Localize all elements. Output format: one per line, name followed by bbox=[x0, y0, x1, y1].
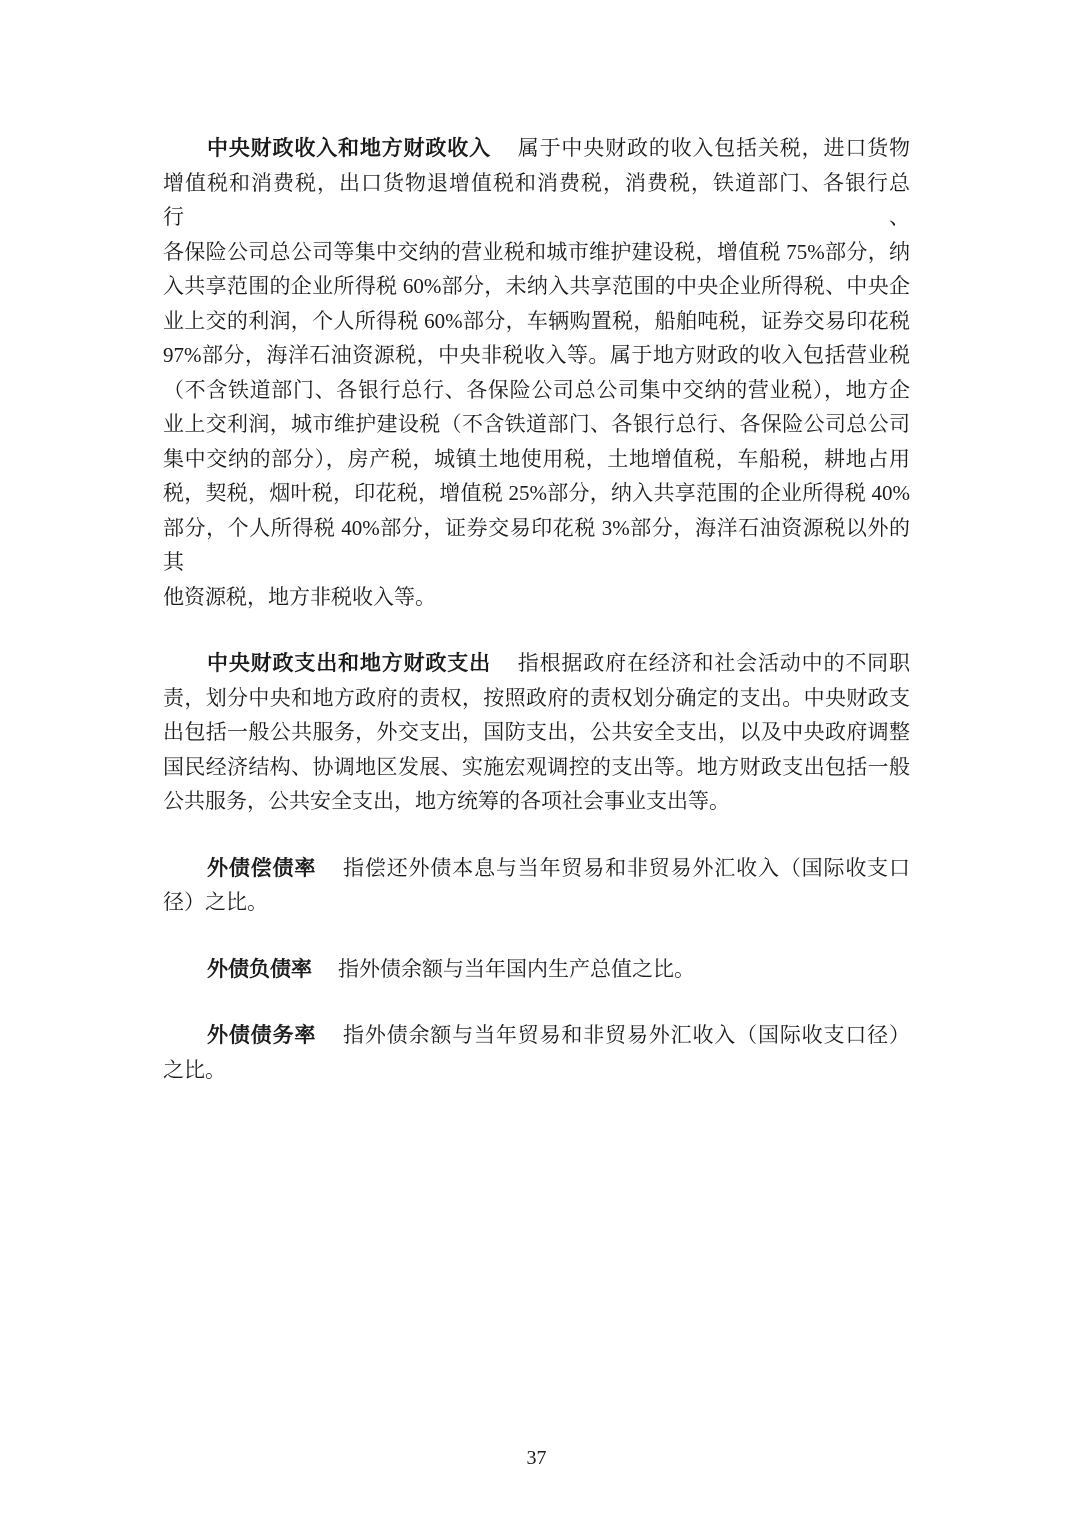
glossary-entry: 外债负债率指外债余额与当年国内生产总值之比。 bbox=[163, 952, 910, 987]
glossary-entry: 中央财政支出和地方财政支出指根据政府在经济和社会活动中的不同职 责，划分中央和地… bbox=[163, 646, 910, 819]
definition-line: 各保险公司总公司等集中交纳的营业税和城市维护建设税，增值税 75%部分，纳 bbox=[163, 235, 910, 270]
definition-text: 属于中央财政的收入包括关税，进口货物 bbox=[517, 136, 910, 160]
definition-line: 他资源税，地方非税收入等。 bbox=[163, 580, 910, 615]
glossary-term: 外债负债率 bbox=[207, 957, 312, 981]
glossary-term: 外债债务率 bbox=[207, 1023, 316, 1047]
definition-line: 业上交利润，城市维护建设税（不含铁道部门、各银行总行、各保险公司总公司 bbox=[163, 407, 910, 442]
page-number: 37 bbox=[163, 1444, 910, 1472]
definition-line: 业上交的利润，个人所得税 60%部分，车辆购置税，船舶吨税，证券交易印花税 bbox=[163, 304, 910, 339]
document-page: 中央财政收入和地方财政收入属于中央财政的收入包括关税，进口货物 增值税和消费税，… bbox=[0, 0, 1074, 1520]
definition-line: 出包括一般公共服务，外交支出，国防支出，公共安全支出，以及中央政府调整 bbox=[163, 715, 910, 750]
definition-text: 指外债余额与当年国内生产总值之比。 bbox=[338, 957, 695, 981]
definition-text: 指外债余额与当年贸易和非贸易外汇收入（国际收支口径） bbox=[342, 1023, 910, 1047]
glossary-entry: 中央财政收入和地方财政收入属于中央财政的收入包括关税，进口货物 增值税和消费税，… bbox=[163, 131, 910, 614]
entry-first-line: 中央财政支出和地方财政支出指根据政府在经济和社会活动中的不同职 bbox=[163, 646, 910, 681]
definition-line: 入共享范围的企业所得税 60%部分，未纳入共享范围的中央企业所得税、中央企 bbox=[163, 269, 910, 304]
definition-line: 97%部分，海洋石油资源税，中央非税收入等。属于地方财政的收入包括营业税 bbox=[163, 338, 910, 373]
definition-line: 国民经济结构、协调地区发展、实施宏观调控的支出等。地方财政支出包括一般 bbox=[163, 750, 910, 785]
glossary-term: 外债偿债率 bbox=[207, 856, 316, 880]
definition-line: 之比。 bbox=[163, 1053, 910, 1088]
entry-first-line: 外债偿债率指偿还外债本息与当年贸易和非贸易外汇收入（国际收支口 bbox=[163, 851, 910, 886]
definition-line: 集中交纳的部分），房产税，城镇土地使用税，土地增值税，车船税，耕地占用 bbox=[163, 442, 910, 477]
definition-line: 径）之比。 bbox=[163, 885, 910, 920]
glossary-entry: 外债偿债率指偿还外债本息与当年贸易和非贸易外汇收入（国际收支口 径）之比。 bbox=[163, 851, 910, 920]
entry-first-line: 中央财政收入和地方财政收入属于中央财政的收入包括关税，进口货物 bbox=[163, 131, 910, 166]
entry-first-line: 外债债务率指外债余额与当年贸易和非贸易外汇收入（国际收支口径） bbox=[163, 1018, 910, 1053]
definition-line: 部分，个人所得税 40%部分，证券交易印花税 3%部分，海洋石油资源税以外的其 bbox=[163, 511, 910, 580]
definition-line: 公共服务，公共安全支出，地方统筹的各项社会事业支出等。 bbox=[163, 784, 910, 819]
definition-text: 指根据政府在经济和社会活动中的不同职 bbox=[517, 651, 910, 675]
definition-text: 指偿还外债本息与当年贸易和非贸易外汇收入（国际收支口 bbox=[342, 856, 910, 880]
definition-line: （不含铁道部门、各银行总行、各保险公司总公司集中交纳的营业税），地方企 bbox=[163, 373, 910, 408]
definition-line: 增值税和消费税，出口货物退增值税和消费税，消费税，铁道部门、各银行总行、 bbox=[163, 166, 910, 235]
entry-first-line: 外债负债率指外债余额与当年国内生产总值之比。 bbox=[163, 952, 910, 987]
definition-line: 税，契税，烟叶税，印花税，增值税 25%部分，纳入共享范围的企业所得税 40% bbox=[163, 476, 910, 511]
definition-line: 责，划分中央和地方政府的责权，按照政府的责权划分确定的支出。中央财政支 bbox=[163, 681, 910, 716]
glossary-entry: 外债债务率指外债余额与当年贸易和非贸易外汇收入（国际收支口径） 之比。 bbox=[163, 1018, 910, 1087]
glossary-term: 中央财政支出和地方财政支出 bbox=[207, 651, 491, 675]
glossary-term: 中央财政收入和地方财政收入 bbox=[207, 136, 491, 160]
glossary-content: 中央财政收入和地方财政收入属于中央财政的收入包括关税，进口货物 增值税和消费税，… bbox=[163, 0, 910, 1087]
